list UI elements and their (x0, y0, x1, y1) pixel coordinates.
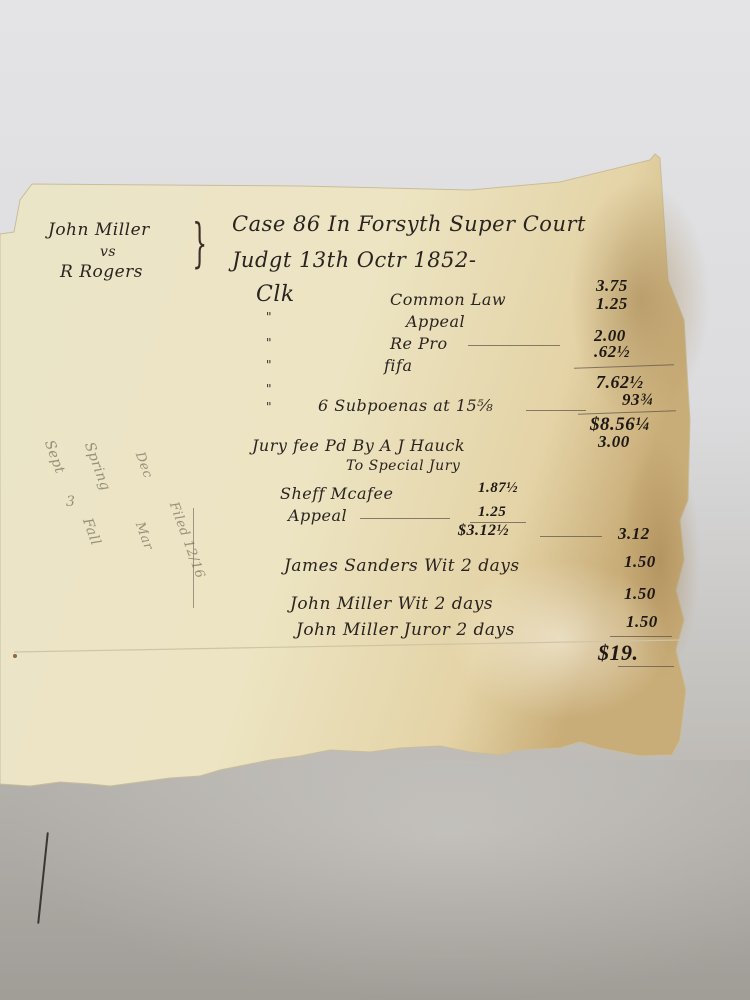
sheriff-fee-desc: Sheff Mcafee (280, 484, 393, 503)
margin-rule (193, 508, 194, 608)
sheriff-subtotal: $3.12½ (458, 522, 509, 540)
subpoena-desc: 6 Subpoenas at 15⅝ (318, 396, 493, 415)
leader-line (540, 536, 602, 537)
witness-line: James Sanders Wit 2 days (284, 556, 520, 576)
defendant-name: R Rogers (60, 262, 143, 282)
witness-line: John Miller Wit 2 days (290, 594, 493, 614)
fee-amount: .62½ (594, 342, 630, 362)
double-underline (618, 666, 674, 667)
grand-total: $19. (598, 640, 639, 666)
versus-label: vs (100, 244, 116, 260)
fee-desc: Re Pro (390, 334, 448, 353)
leader-line (360, 518, 450, 519)
leader-line (468, 345, 560, 346)
sum-line (610, 636, 672, 637)
jury-fee-line: Jury fee Pd By A J Hauck (252, 436, 465, 455)
witness-amount: 1.50 (624, 552, 656, 572)
jury-fee-amount: 3.00 (598, 432, 630, 452)
sheriff-appeal-desc: Appeal (288, 506, 347, 525)
fee-amount: 1.25 (596, 294, 628, 314)
judgment-date: Judgt 13th Octr 1852- (232, 248, 476, 272)
fee-desc: Common Law (390, 290, 506, 309)
document-sheet: John Miller vs R Rogers } Case 86 In For… (0, 0, 750, 1000)
ditto-mark: " (266, 358, 272, 372)
margin-note: 3 (66, 494, 75, 510)
ditto-mark: " (266, 400, 272, 414)
sheriff-appeal-amount: 1.25 (478, 504, 506, 521)
fee-desc: fifa (384, 356, 413, 375)
witness-amount: 1.50 (624, 584, 656, 604)
juror-amount: 1.50 (626, 612, 658, 632)
juror-line: John Miller Juror 2 days (296, 620, 515, 640)
brace-glyph: } (192, 214, 207, 274)
fee-amount: 3.75 (596, 276, 628, 296)
plaintiff-name: John Miller (48, 220, 150, 240)
ditto-mark: " (266, 310, 272, 324)
case-header: Case 86 In Forsyth Super Court (232, 212, 586, 236)
ditto-mark: " (266, 382, 272, 396)
leader-line (526, 410, 586, 411)
jury-fee-line-2: To Special Jury (346, 458, 460, 474)
sheriff-fee-amount: 1.87½ (478, 480, 518, 497)
clerk-label: Clk (256, 282, 295, 307)
fee-desc: Appeal (406, 312, 465, 331)
sheriff-carried: 3.12 (618, 524, 650, 544)
subpoena-amount: 93¾ (622, 390, 653, 410)
ditto-mark: " (266, 336, 272, 350)
